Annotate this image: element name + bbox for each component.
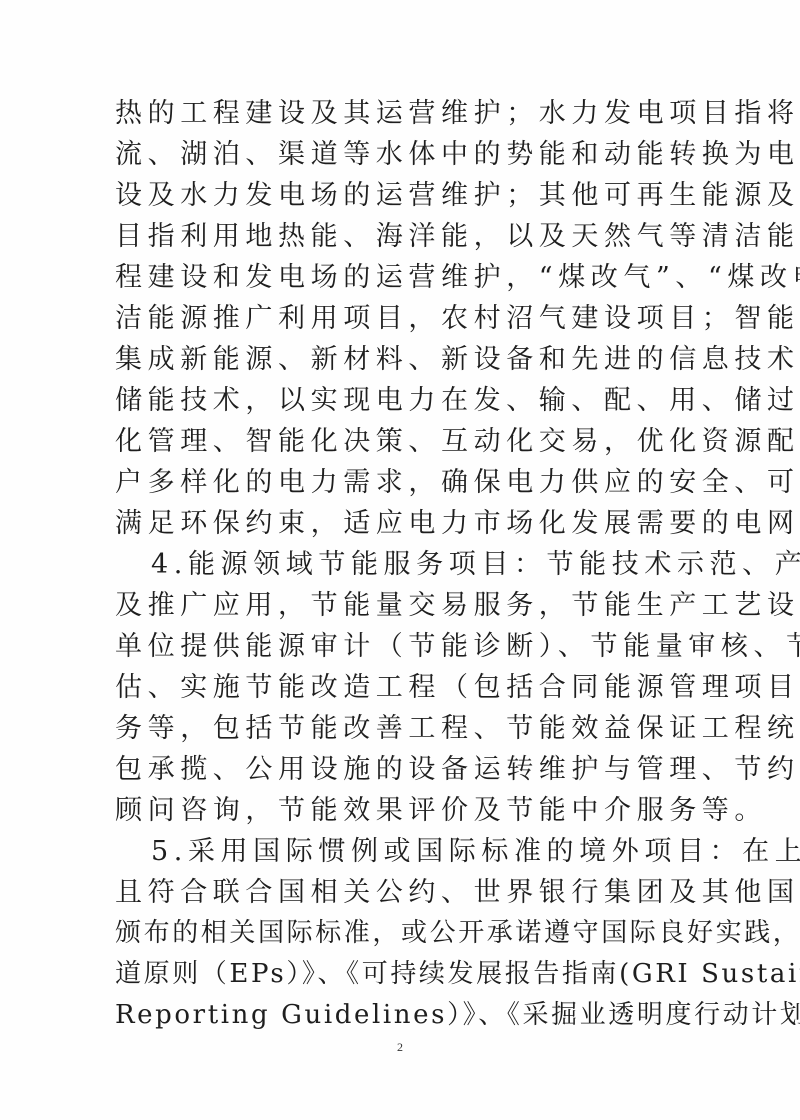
text-line: 单位提供能源审计（节能诊断）、节能量审核、节能效果评	[115, 626, 695, 667]
text-line: 颁布的相关国际标准，或公开承诺遵守国际良好实践，如《赤	[115, 913, 695, 954]
text-line: 且符合联合国相关公约、世界银行集团及其他国际组织机构	[115, 872, 695, 913]
text-line: 户多样化的电力需求，确保电力供应的安全、可靠和经济，	[115, 462, 695, 503]
text-line: 道原则（EPs）》、《可持续发展报告指南(GRI Sustainability	[115, 954, 695, 995]
text-line: 化管理、智能化决策、互动化交易，优化资源配置，满足用	[115, 421, 695, 462]
text-line: 集成新能源、新材料、新设备和先进的信息技术、控制技术、	[115, 339, 695, 380]
document-page: 热的工程建设及其运营维护；水力发电项目指将蕴藏在河 流、湖泊、渠道等水体中的势能…	[0, 0, 800, 1120]
text-line: 估、实施节能改造工程（包括合同能源管理项目）等咨询服	[115, 667, 695, 708]
text-line: 及推广应用，节能量交易服务，节能生产工艺设计，为用能	[115, 585, 695, 626]
text-line: Reporting Guidelines）》、《采掘业透明度行动计划	[115, 995, 695, 1036]
section-5-heading-line: 5.采用国际惯例或国际标准的境外项目：在上述范围内	[115, 831, 695, 872]
text-line: 务等，包括节能改善工程、节能效益保证工程统包合约的统	[115, 708, 695, 749]
page-number: 2	[0, 1040, 800, 1055]
text-line: 设及水力发电场的运营维护；其他可再生能源及清洁能源项	[115, 175, 695, 216]
text-line: 热的工程建设及其运营维护；水力发电项目指将蕴藏在河	[115, 93, 695, 134]
text-line: 包承揽、公用设施的设备运转维护与管理、节约能源诊断与	[115, 749, 695, 790]
text-line: 流、湖泊、渠道等水体中的势能和动能转换为电能的工程建	[115, 134, 695, 175]
scan-bleed-through	[180, 0, 580, 8]
text-line: 顾问咨询，节能效果评价及节能中介服务等。	[115, 790, 695, 831]
text-line: 目指利用地热能、海洋能，以及天然气等清洁能源发电的工	[115, 216, 695, 257]
text-line: 洁能源推广利用项目，农村沼气建设项目；智能电网项目指	[115, 298, 695, 339]
text-line: 程建设和发电场的运营维护，“煤改气”、“煤改电”等清	[115, 257, 695, 298]
text-line: 满足环保约束，适应电力市场化发展需要的电网项目。	[115, 503, 695, 544]
section-4-heading-line: 4.能源领域节能服务项目：节能技术示范、产品产业化	[115, 544, 695, 585]
body-text: 热的工程建设及其运营维护；水力发电项目指将蕴藏在河 流、湖泊、渠道等水体中的势能…	[115, 93, 695, 1036]
text-line: 储能技术，以实现电力在发、输、配、用、储过程中的数字	[115, 380, 695, 421]
